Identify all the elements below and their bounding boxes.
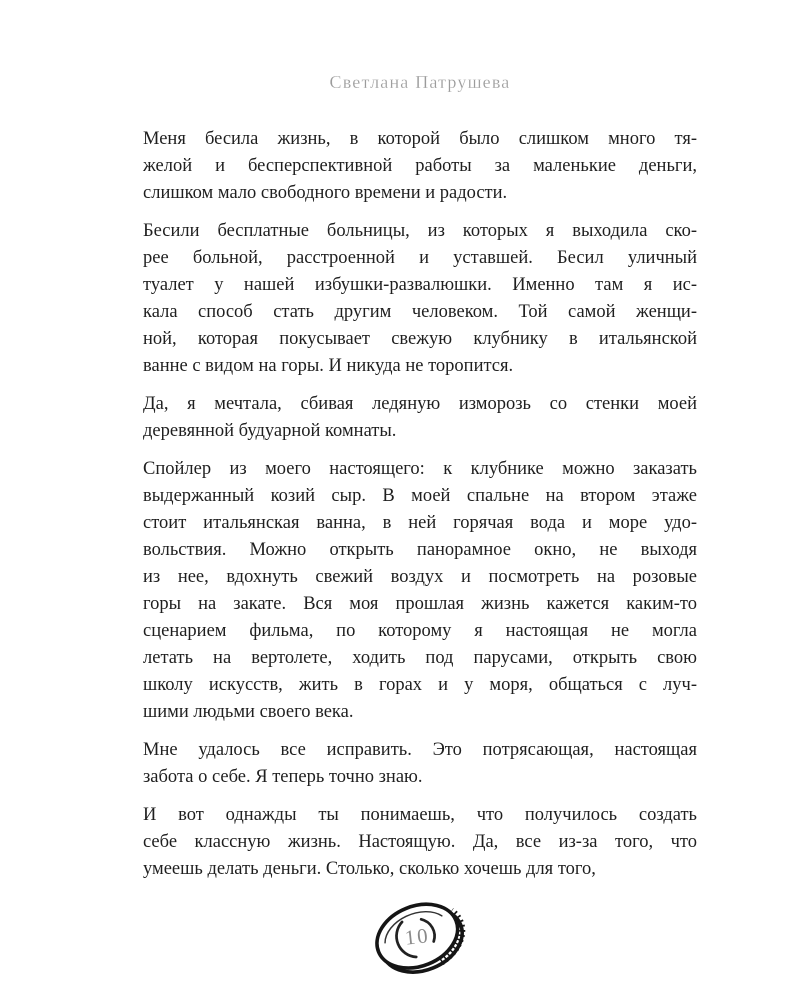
text-line: желой и бесперспективной работы за мален… (143, 153, 697, 180)
text-line: вольствия. Можно открыть панорамное окно… (143, 537, 697, 564)
text-line: себе классную жизнь. Настоящую. Да, все … (143, 829, 697, 856)
text-line: Меня бесила жизнь, в которой было слишко… (143, 126, 697, 153)
text-line: ной, которая покусывает свежую клубнику … (143, 326, 697, 353)
paragraph: Меня бесила жизнь, в которой было слишко… (143, 126, 697, 207)
page-footer: 10 (143, 888, 697, 993)
text-line: ванне с видом на горы. И никуда не тороп… (143, 353, 697, 380)
text-line: туалет у нашей избушки-развалюшки. Именн… (143, 272, 697, 299)
text-line: забота о себе. Я теперь точно знаю. (143, 764, 697, 791)
text-line: Спойлер из моего настоящего: к клубнике … (143, 456, 697, 483)
paragraph: Мне удалось все исправить. Это потрясающ… (143, 737, 697, 791)
text-line: умеешь делать деньги. Столько, сколько х… (143, 856, 697, 883)
text-line: Бесили бесплатные больницы, из которых я… (143, 218, 697, 245)
paragraph: Да, я мечтала, сбивая ледяную изморозь с… (143, 391, 697, 445)
text-line: стоит итальянская ванна, в ней горячая в… (143, 510, 697, 537)
text-line: школу искусств, жить в горах и у моря, о… (143, 672, 697, 699)
text-line: И вот однажды ты понимаешь, что получило… (143, 802, 697, 829)
running-header: Светлана Патрушева (143, 72, 697, 93)
text-line: слишком мало свободного времени и радост… (143, 180, 697, 207)
text-line: сценарием фильма, по которому я настояща… (143, 618, 697, 645)
text-line: из нее, вдохнуть свежий воздух и посмотр… (143, 564, 697, 591)
text-line: кала способ стать другим человеком. Той … (143, 299, 697, 326)
text-line: Мне удалось все исправить. Это потрясающ… (143, 737, 697, 764)
paragraph: Бесили бесплатные больницы, из которых я… (143, 218, 697, 380)
text-line: рее больной, расстроенной и уставшей. Бе… (143, 245, 697, 272)
paragraph: Спойлер из моего настоящего: к клубнике … (143, 456, 697, 726)
coin-illustration: 10 (361, 888, 479, 988)
page-number: 10 (404, 923, 431, 949)
paragraph: И вот однажды ты понимаешь, что получило… (143, 802, 697, 883)
text-line: Да, я мечтала, сбивая ледяную изморозь с… (143, 391, 697, 418)
text-line: деревянной будуарной комнаты. (143, 418, 697, 445)
body-text: Меня бесила жизнь, в которой было слишко… (143, 126, 697, 894)
text-line: шими людьми своего века. (143, 699, 697, 726)
book-page: Светлана Патрушева Меня бесила жизнь, в … (0, 0, 800, 1000)
text-line: выдержанный козий сыр. В моей спальне на… (143, 483, 697, 510)
text-line: горы на закате. Вся моя прошлая жизнь ка… (143, 591, 697, 618)
text-line: летать на вертолете, ходить под парусами… (143, 645, 697, 672)
